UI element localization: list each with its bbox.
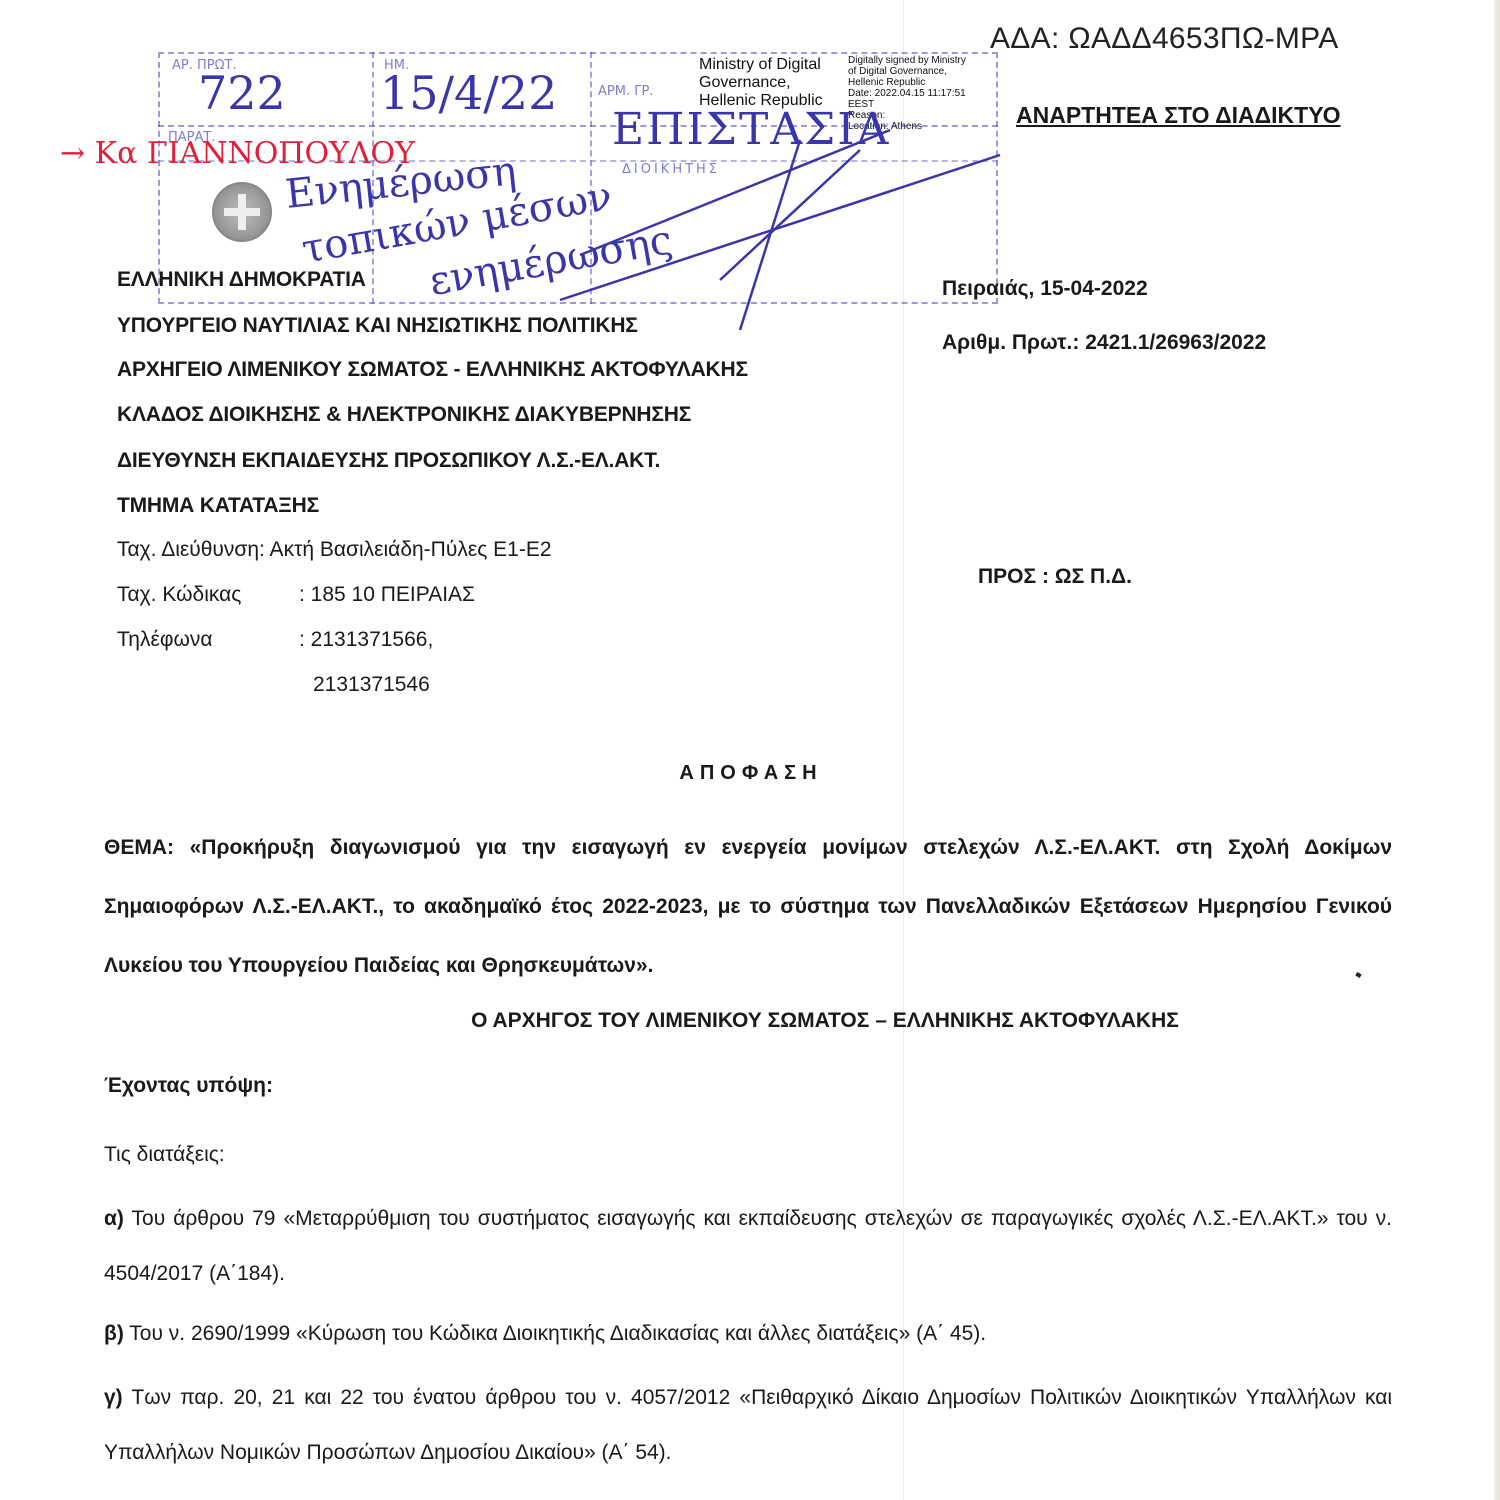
item-marker: β) <box>104 1322 124 1345</box>
item-text: Των παρ. 20, 21 και 22 του ένατου άρθρου… <box>104 1386 1392 1464</box>
org-line-republic: ΕΛΛΗΝΙΚΗ ΔΗΜΟΚΡΑΤΙΑ <box>117 268 366 292</box>
phone-label: Τηλέφωνα <box>117 628 299 652</box>
protocol-number: Αριθμ. Πρωτ.: 2421.1/26963/2022 <box>942 331 1266 355</box>
provisions-intro: Τις διατάξεις: <box>104 1143 225 1167</box>
contact-postal: Ταχ. Κώδικας: 185 10 ΠΕΙΡΑΙΑΣ <box>117 583 475 607</box>
recipient: ΠΡΟΣ : ΩΣ Π.Δ. <box>978 565 1132 589</box>
provision-item-b: β) Του ν. 2690/1999 «Κύρωση του Κώδικα Δ… <box>104 1306 1392 1361</box>
provision-item-a: α) Του άρθρου 79 «Μεταρρύθμιση του συστή… <box>104 1191 1392 1301</box>
postal-value: : 185 10 ΠΕΙΡΑΙΑΣ <box>299 583 475 606</box>
greek-coat-of-arms-icon <box>212 182 272 242</box>
org-line-ministry: ΥΠΟΥΡΓΕΙΟ ΝΑΥΤΙΛΙΑΣ ΚΑΙ ΝΗΣΙΩΤΙΚΗΣ ΠΟΛΙΤ… <box>117 314 638 338</box>
org-line-department: ΤΜΗΜΑ ΚΑΤΑΤΑΞΗΣ <box>117 494 319 518</box>
item-marker: γ) <box>104 1386 123 1409</box>
chief-heading: Ο ΑΡΧΗΓΟΣ ΤΟΥ ΛΙΜΕΝΙΚΟΥ ΣΩΜΑΤΟΣ – ΕΛΛΗΝΙ… <box>0 1009 1500 1033</box>
subject-paragraph: ΘΕΜΑ: «Προκήρυξη διαγωνισμού για την εισ… <box>104 818 1392 995</box>
provision-item-c: γ) Των παρ. 20, 21 και 22 του ένατου άρθ… <box>104 1370 1392 1480</box>
item-text: Του ν. 2690/1999 «Κύρωση του Κώδικα Διοι… <box>124 1322 986 1345</box>
contact-phone: Τηλέφωνα: 2131371566, <box>117 628 433 652</box>
place-date: Πειραιάς, 15-04-2022 <box>942 277 1148 301</box>
address-value: : Ακτή Βασιλειάδη-Πύλες Ε1-Ε2 <box>259 538 551 561</box>
contact-address: Ταχ. Διεύθυνση: Ακτή Βασιλειάδη-Πύλες Ε1… <box>117 538 552 562</box>
handwritten-signature-strokes <box>0 0 1500 360</box>
item-text: Του άρθρου 79 «Μεταρρύθμιση του συστήματ… <box>104 1207 1392 1285</box>
address-label: Ταχ. Διεύθυνση <box>117 538 259 561</box>
org-line-branch: ΚΛΑΔΟΣ ΔΙΟΙΚΗΣΗΣ & ΗΛΕΚΤΡΟΝΙΚΗΣ ΔΙΑΚΥΒΕΡ… <box>117 403 691 427</box>
item-marker: α) <box>104 1207 124 1230</box>
org-line-hq: ΑΡΧΗΓΕΙΟ ΛΙΜΕΝΙΚΟΥ ΣΩΜΑΤΟΣ - ΕΛΛΗΝΙΚΗΣ Α… <box>117 358 748 382</box>
phone-value: : 2131371566, <box>299 628 433 651</box>
org-line-directorate: ΔΙΕΥΘΥΝΣΗ ΕΚΠΑΙΔΕΥΣΗΣ ΠΡΟΣΩΠΙΚΟΥ Λ.Σ.-ΕΛ… <box>117 449 660 473</box>
document-title: ΑΠΟΦΑΣΗ <box>0 762 1500 785</box>
considering-heading: Έχοντας υπόψη: <box>104 1074 273 1098</box>
contact-phone-2: 2131371546 <box>313 673 430 697</box>
postal-label: Ταχ. Κώδικας <box>117 583 299 607</box>
